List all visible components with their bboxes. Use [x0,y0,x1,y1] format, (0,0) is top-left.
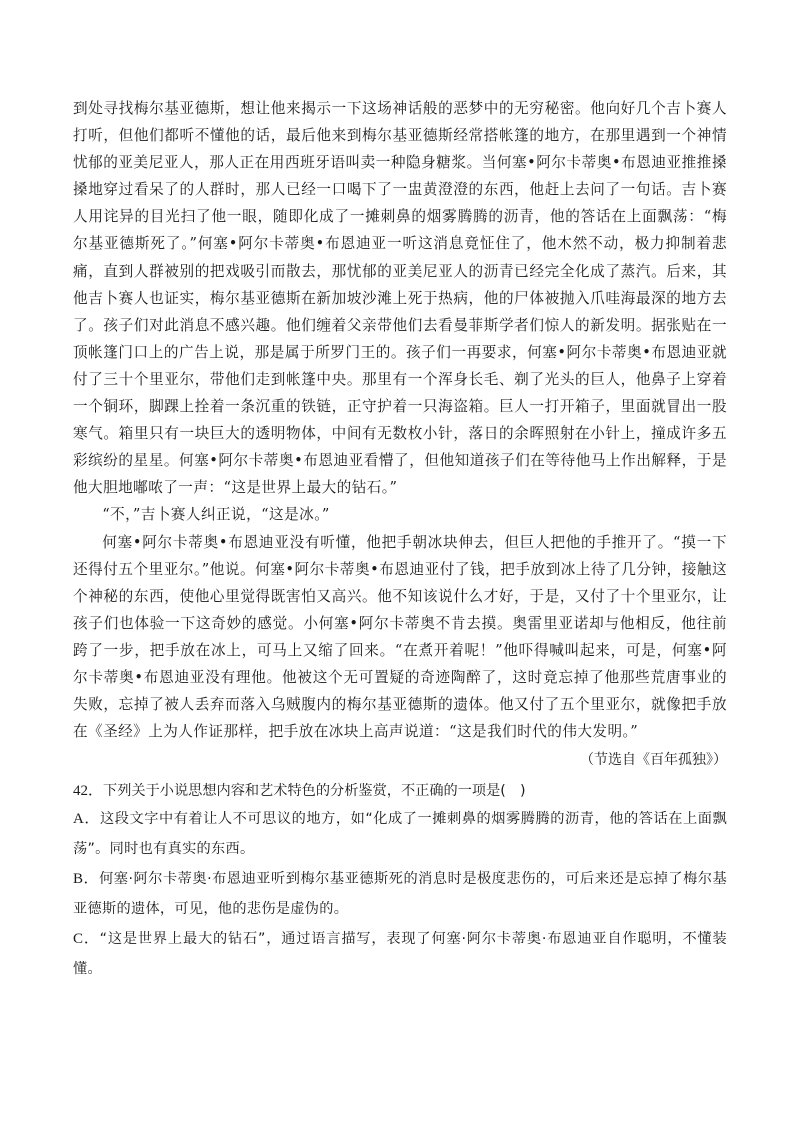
option-letter: A． [73,811,100,827]
passage-paragraph-1: 到处寻找梅尔基亚德斯，想让他来揭示一下这场神话般的恶梦中的无穷秘密。他向好几个吉… [73,95,727,501]
reading-passage: 到处寻找梅尔基亚德斯，想让他来揭示一下这场神话般的恶梦中的无穷秘密。他向好几个吉… [73,95,727,745]
passage-source: （节选自《百年孤独》） [73,747,727,774]
question-42: 42．下列关于小说思想内容和艺术特色的分析鉴赏，不正确的一项是( ) A．这段文… [73,778,727,984]
option-text: 这段文字中有着让人不可思议的地方，如“化成了一摊刺鼻的烟雾腾腾的沥青，他的答话在… [73,811,727,857]
option-letter: C． [73,931,100,947]
option-text: “这是世界上最大的钻石”，通过语言描写，表现了何塞·阿尔卡蒂奥·布恩迪亚自作聪明… [73,931,727,977]
option-text: 何塞·阿尔卡蒂奥·布恩迪亚听到梅尔基亚德斯死的消息时是极度悲伤的，可后来还是忘掉… [73,871,727,917]
question-number: 42． [73,783,103,799]
option-a: A．这段文字中有着让人不可思议的地方，如“化成了一摊刺鼻的烟雾腾腾的沥青，他的答… [73,804,727,864]
option-b: B．何塞·阿尔卡蒂奥·布恩迪亚听到梅尔基亚德斯死的消息时是极度悲伤的，可后来还是… [73,864,727,924]
passage-paragraph-2: “不，”吉卜赛人纠正说，“这是冰。” [73,501,727,528]
document-page: 到处寻找梅尔基亚德斯，想让他来揭示一下这场神话般的恶梦中的无穷秘密。他向好几个吉… [73,95,727,984]
question-stem: 42．下列关于小说思想内容和艺术特色的分析鉴赏，不正确的一项是( ) [73,778,727,804]
passage-paragraph-3: 何塞•阿尔卡蒂奥•布恩迪亚没有听懂，他把手朝冰块伸去，但巨人把他的手推开了。“摸… [73,529,727,746]
option-c: C．“这是世界上最大的钻石”，通过语言描写，表现了何塞·阿尔卡蒂奥·布恩迪亚自作… [73,924,727,984]
question-text: 下列关于小说思想内容和艺术特色的分析鉴赏，不正确的一项是( ) [103,783,526,799]
option-letter: B． [73,871,99,887]
